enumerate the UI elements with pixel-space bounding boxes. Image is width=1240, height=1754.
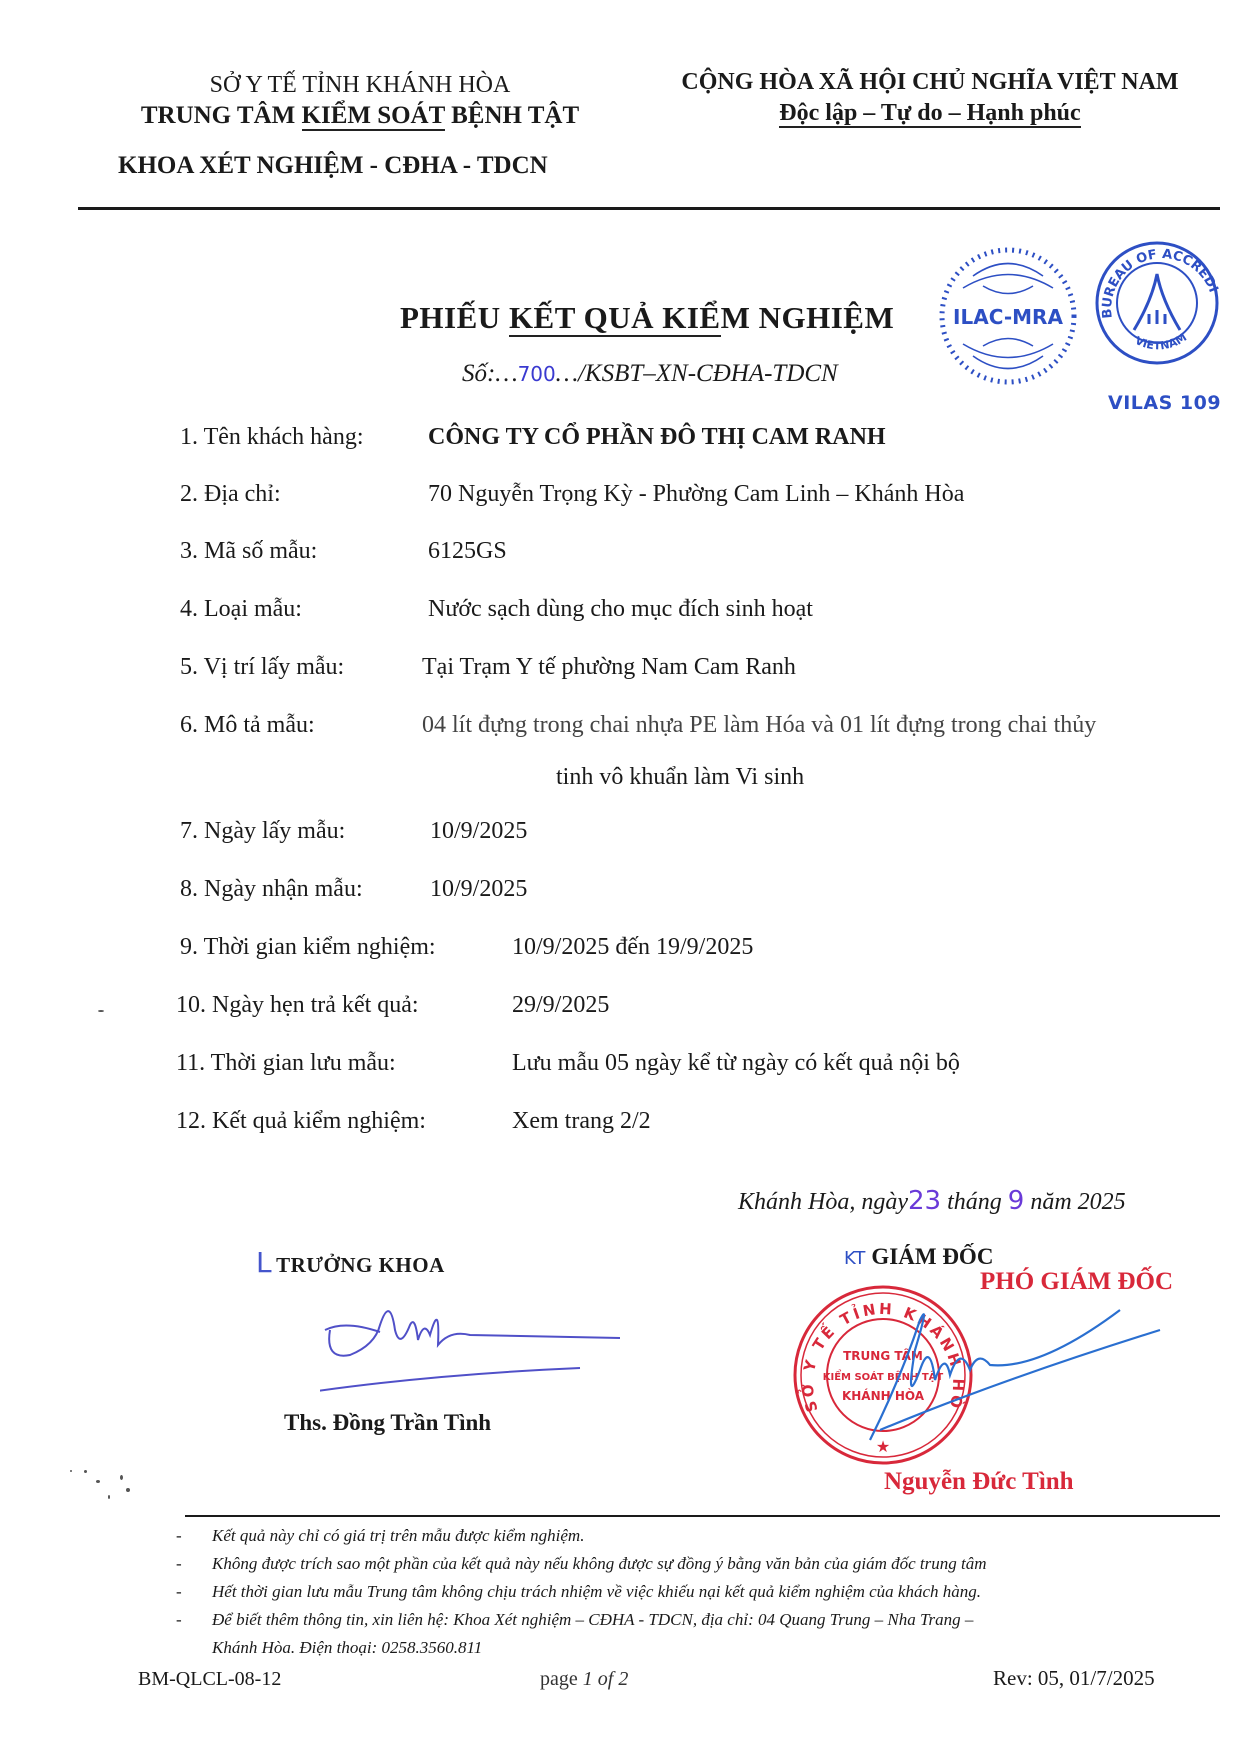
page-pre: page [540, 1668, 583, 1690]
field-value: 10/9/2025 đến 19/9/2025 [512, 934, 753, 961]
handwritten-month: 9 [1008, 1186, 1025, 1216]
form-code: BM-QLCL-08-12 [138, 1668, 281, 1691]
bureau-of-accreditation-stamp-icon: BUREAU OF ACCREDI VIETNAM [1094, 240, 1220, 366]
issuing-organization: SỞ Y TẾ TỈNH KHÁNH HÒA TRUNG TÂM KIỂM SO… [100, 70, 620, 180]
field-label: 3. Mã số mẫu: [180, 538, 317, 565]
field-value: 10/9/2025 [430, 876, 527, 903]
handwritten-day: 23 [908, 1186, 941, 1216]
title-pre: PHIẾU [400, 300, 509, 335]
place-date-pre: Khánh Hòa, ngày [738, 1189, 908, 1215]
field-value: 70 Nguyễn Trọng Kỳ - Phường Cam Linh – K… [428, 481, 964, 508]
title-post: M NGHIỆM [721, 300, 895, 335]
note-item: -Để biết thêm thông tin, xin liên hệ: Kh… [170, 1606, 1220, 1634]
ilac-mra-stamp-icon: ILAC-MRA [938, 246, 1078, 386]
director-title: KTGIÁM ĐỐC [844, 1244, 993, 1270]
document-number: Số:…700…/KSBT–XN-CĐHA-TDCN [462, 360, 838, 388]
field-label: 12. Kết quả kiểm nghiệm: [176, 1108, 426, 1135]
handwritten-number: 700 [518, 362, 556, 386]
svg-text:VIETNAM: VIETNAM [1133, 331, 1189, 353]
center-name: TRUNG TÂM KIỂM SOÁT BỆNH TẬT [100, 100, 620, 132]
head-of-department-title: LTRƯỞNG KHOA [256, 1246, 445, 1279]
director-name: Nguyễn Đức Tình [884, 1468, 1074, 1496]
place-date-post: năm 2025 [1024, 1189, 1125, 1215]
field-value: Tại Trạm Y tế phường Nam Cam Ranh [422, 654, 796, 681]
document-title: PHIẾU KẾT QUẢ KIỂM NGHIỆM [400, 300, 894, 336]
number-label: Số:… [462, 360, 518, 387]
center-name-underlined: KIỂM SOÁT [302, 102, 445, 131]
field-label: 7. Ngày lấy mẫu: [180, 818, 345, 845]
note-text: Không được trích sao một phần của kết qu… [212, 1554, 987, 1573]
number-suffix: …/KSBT–XN-CĐHA-TDCN [556, 360, 838, 387]
footer-divider [185, 1515, 1220, 1517]
field-value: 6125GS [428, 538, 507, 565]
disclaimer-notes: -Kết quả này chỉ có giá trị trên mẫu đượ… [170, 1522, 1220, 1662]
signature-icon [320, 1290, 620, 1410]
signer-title: TRƯỞNG KHOA [276, 1253, 445, 1277]
motto-text: Độc lập – Tự do – Hạnh phúc [779, 100, 1080, 128]
field-value-continuation: tinh vô khuẩn làm Vi sinh [556, 764, 804, 791]
field-label: 9. Thời gian kiểm nghiệm: [180, 934, 436, 961]
field-value: Lưu mẫu 05 ngày kể từ ngày có kết quả nộ… [512, 1050, 960, 1077]
director-title-text: GIÁM ĐỐC [871, 1244, 993, 1269]
department-of-health: SỞ Y TẾ TỈNH KHÁNH HÒA [100, 70, 620, 100]
field-value: Xem trang 2/2 [512, 1108, 651, 1135]
center-name-post: BỆNH TẬT [445, 102, 579, 129]
field-value: 04 lít đựng trong chai nhựa PE làm Hóa v… [422, 712, 1096, 739]
field-value: 29/9/2025 [512, 992, 609, 1019]
note-continuation: Khánh Hòa. Điện thoại: 0258.3560.811 [170, 1634, 1220, 1662]
field-label: 8. Ngày nhận mẫu: [180, 876, 363, 903]
page-number: 1 [583, 1668, 593, 1690]
field-value: CÔNG TY CỔ PHẦN ĐÔ THỊ CAM RANH [428, 424, 886, 451]
director-signature-icon [860, 1290, 1180, 1460]
laboratory-department: KHOA XÉT NGHIỆM - CĐHA - TDCN [100, 152, 620, 180]
motto: Độc lập – Tự do – Hạnh phúc [650, 98, 1210, 128]
title-underlined: KẾT QUẢ KIỂ [509, 300, 721, 337]
note-item: -Hết thời gian lưu mẫu Trung tâm không c… [170, 1578, 1220, 1606]
field-label: 5. Vị trí lấy mẫu: [180, 654, 344, 681]
country-name: CỘNG HÒA XÃ HỘI CHỦ NGHĨA VIỆT NAM [650, 66, 1210, 98]
handwritten-kt-mark: KT [844, 1248, 865, 1269]
note-text: Để biết thêm thông tin, xin liên hệ: Kho… [212, 1610, 973, 1629]
header-divider [78, 207, 1220, 210]
head-of-department-name: Ths. Đồng Trần Tình [284, 1410, 491, 1436]
field-value: 10/9/2025 [430, 818, 527, 845]
page-indicator: page 1 of 2 [540, 1668, 628, 1691]
vilas-code: VILAS 109 [1108, 392, 1221, 414]
field-label: 1. Tên khách hàng: [180, 424, 364, 451]
page-total: 2 [618, 1668, 628, 1690]
note-item: -Kết quả này chỉ có giá trị trên mẫu đượ… [170, 1522, 1220, 1550]
note-text: Kết quả này chỉ có giá trị trên mẫu được… [212, 1526, 584, 1545]
national-motto: CỘNG HÒA XÃ HỘI CHỦ NGHĨA VIỆT NAM Độc l… [650, 66, 1210, 128]
field-value: Nước sạch dùng cho mục đích sinh hoạt [428, 596, 813, 623]
page-of: of [593, 1668, 619, 1690]
field-label: 10. Ngày hẹn trả kết quả: [176, 992, 419, 1019]
place-date-mid: tháng [941, 1189, 1008, 1215]
field-label: 4. Loại mẫu: [180, 596, 302, 623]
note-text: Hết thời gian lưu mẫu Trung tâm không ch… [212, 1582, 981, 1601]
center-name-pre: TRUNG TÂM [141, 102, 302, 129]
field-label: 2. Địa chỉ: [180, 481, 281, 508]
place-and-date: Khánh Hòa, ngày23 tháng 9 năm 2025 [738, 1186, 1126, 1216]
svg-text:ILAC-MRA: ILAC-MRA [953, 305, 1063, 329]
handwritten-mark: L [256, 1246, 272, 1279]
revision-info: Rev: 05, 01/7/2025 [993, 1666, 1155, 1691]
note-item: -Không được trích sao một phần của kết q… [170, 1550, 1220, 1578]
field-label: 6. Mô tả mẫu: [180, 712, 315, 739]
field-label: 11. Thời gian lưu mẫu: [176, 1050, 396, 1077]
